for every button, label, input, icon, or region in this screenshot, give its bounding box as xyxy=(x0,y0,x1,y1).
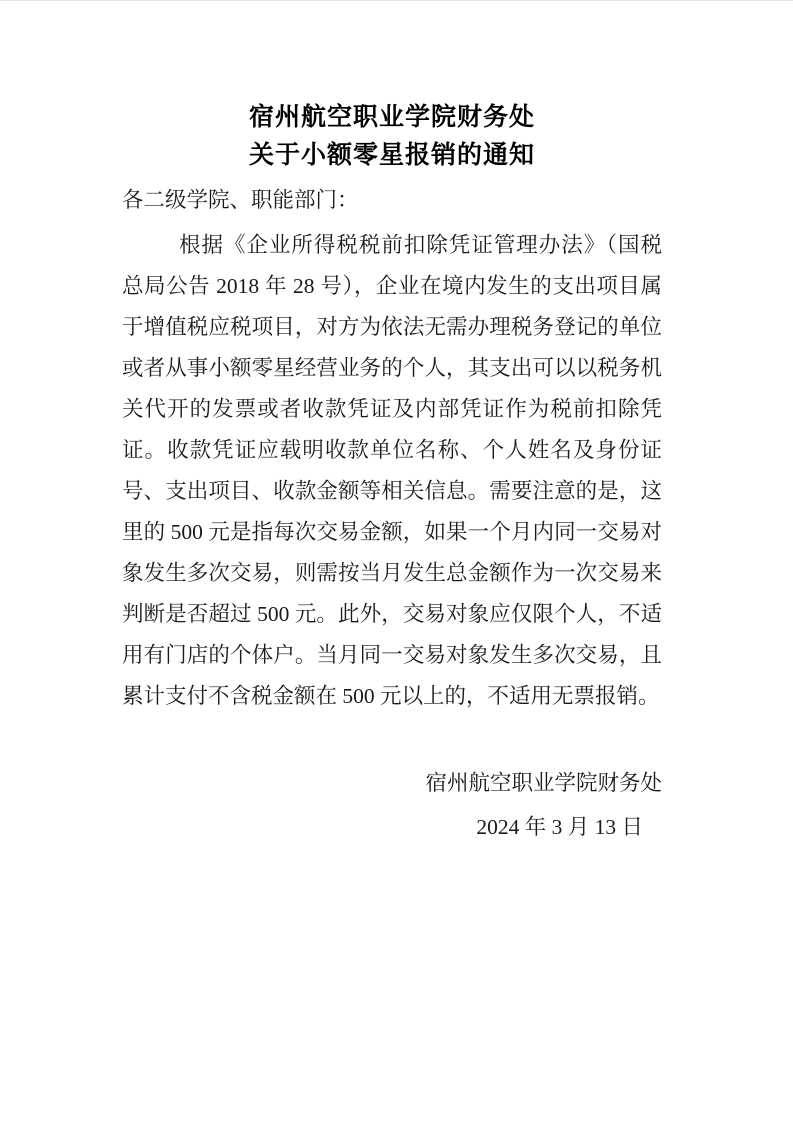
signature-date: 2024 年 3 月 13 日 xyxy=(122,805,662,849)
signature-organization: 宿州航空职业学院财务处 xyxy=(122,761,662,805)
salutation-line: 各二级学院、职能部门： xyxy=(122,180,662,221)
document-title-line2: 关于小额零星报销的通知 xyxy=(122,137,662,175)
signature-block: 宿州航空职业学院财务处 2024 年 3 月 13 日 xyxy=(122,761,662,849)
notice-body-paragraph: 根据《企业所得税税前扣除凭证管理办法》（国税总局公告 2018 年 28 号），… xyxy=(122,225,662,717)
document-page: 宿州航空职业学院财务处 关于小额零星报销的通知 各二级学院、职能部门： 根据《企… xyxy=(0,0,793,1122)
document-title-line1: 宿州航空职业学院财务处 xyxy=(122,99,662,137)
